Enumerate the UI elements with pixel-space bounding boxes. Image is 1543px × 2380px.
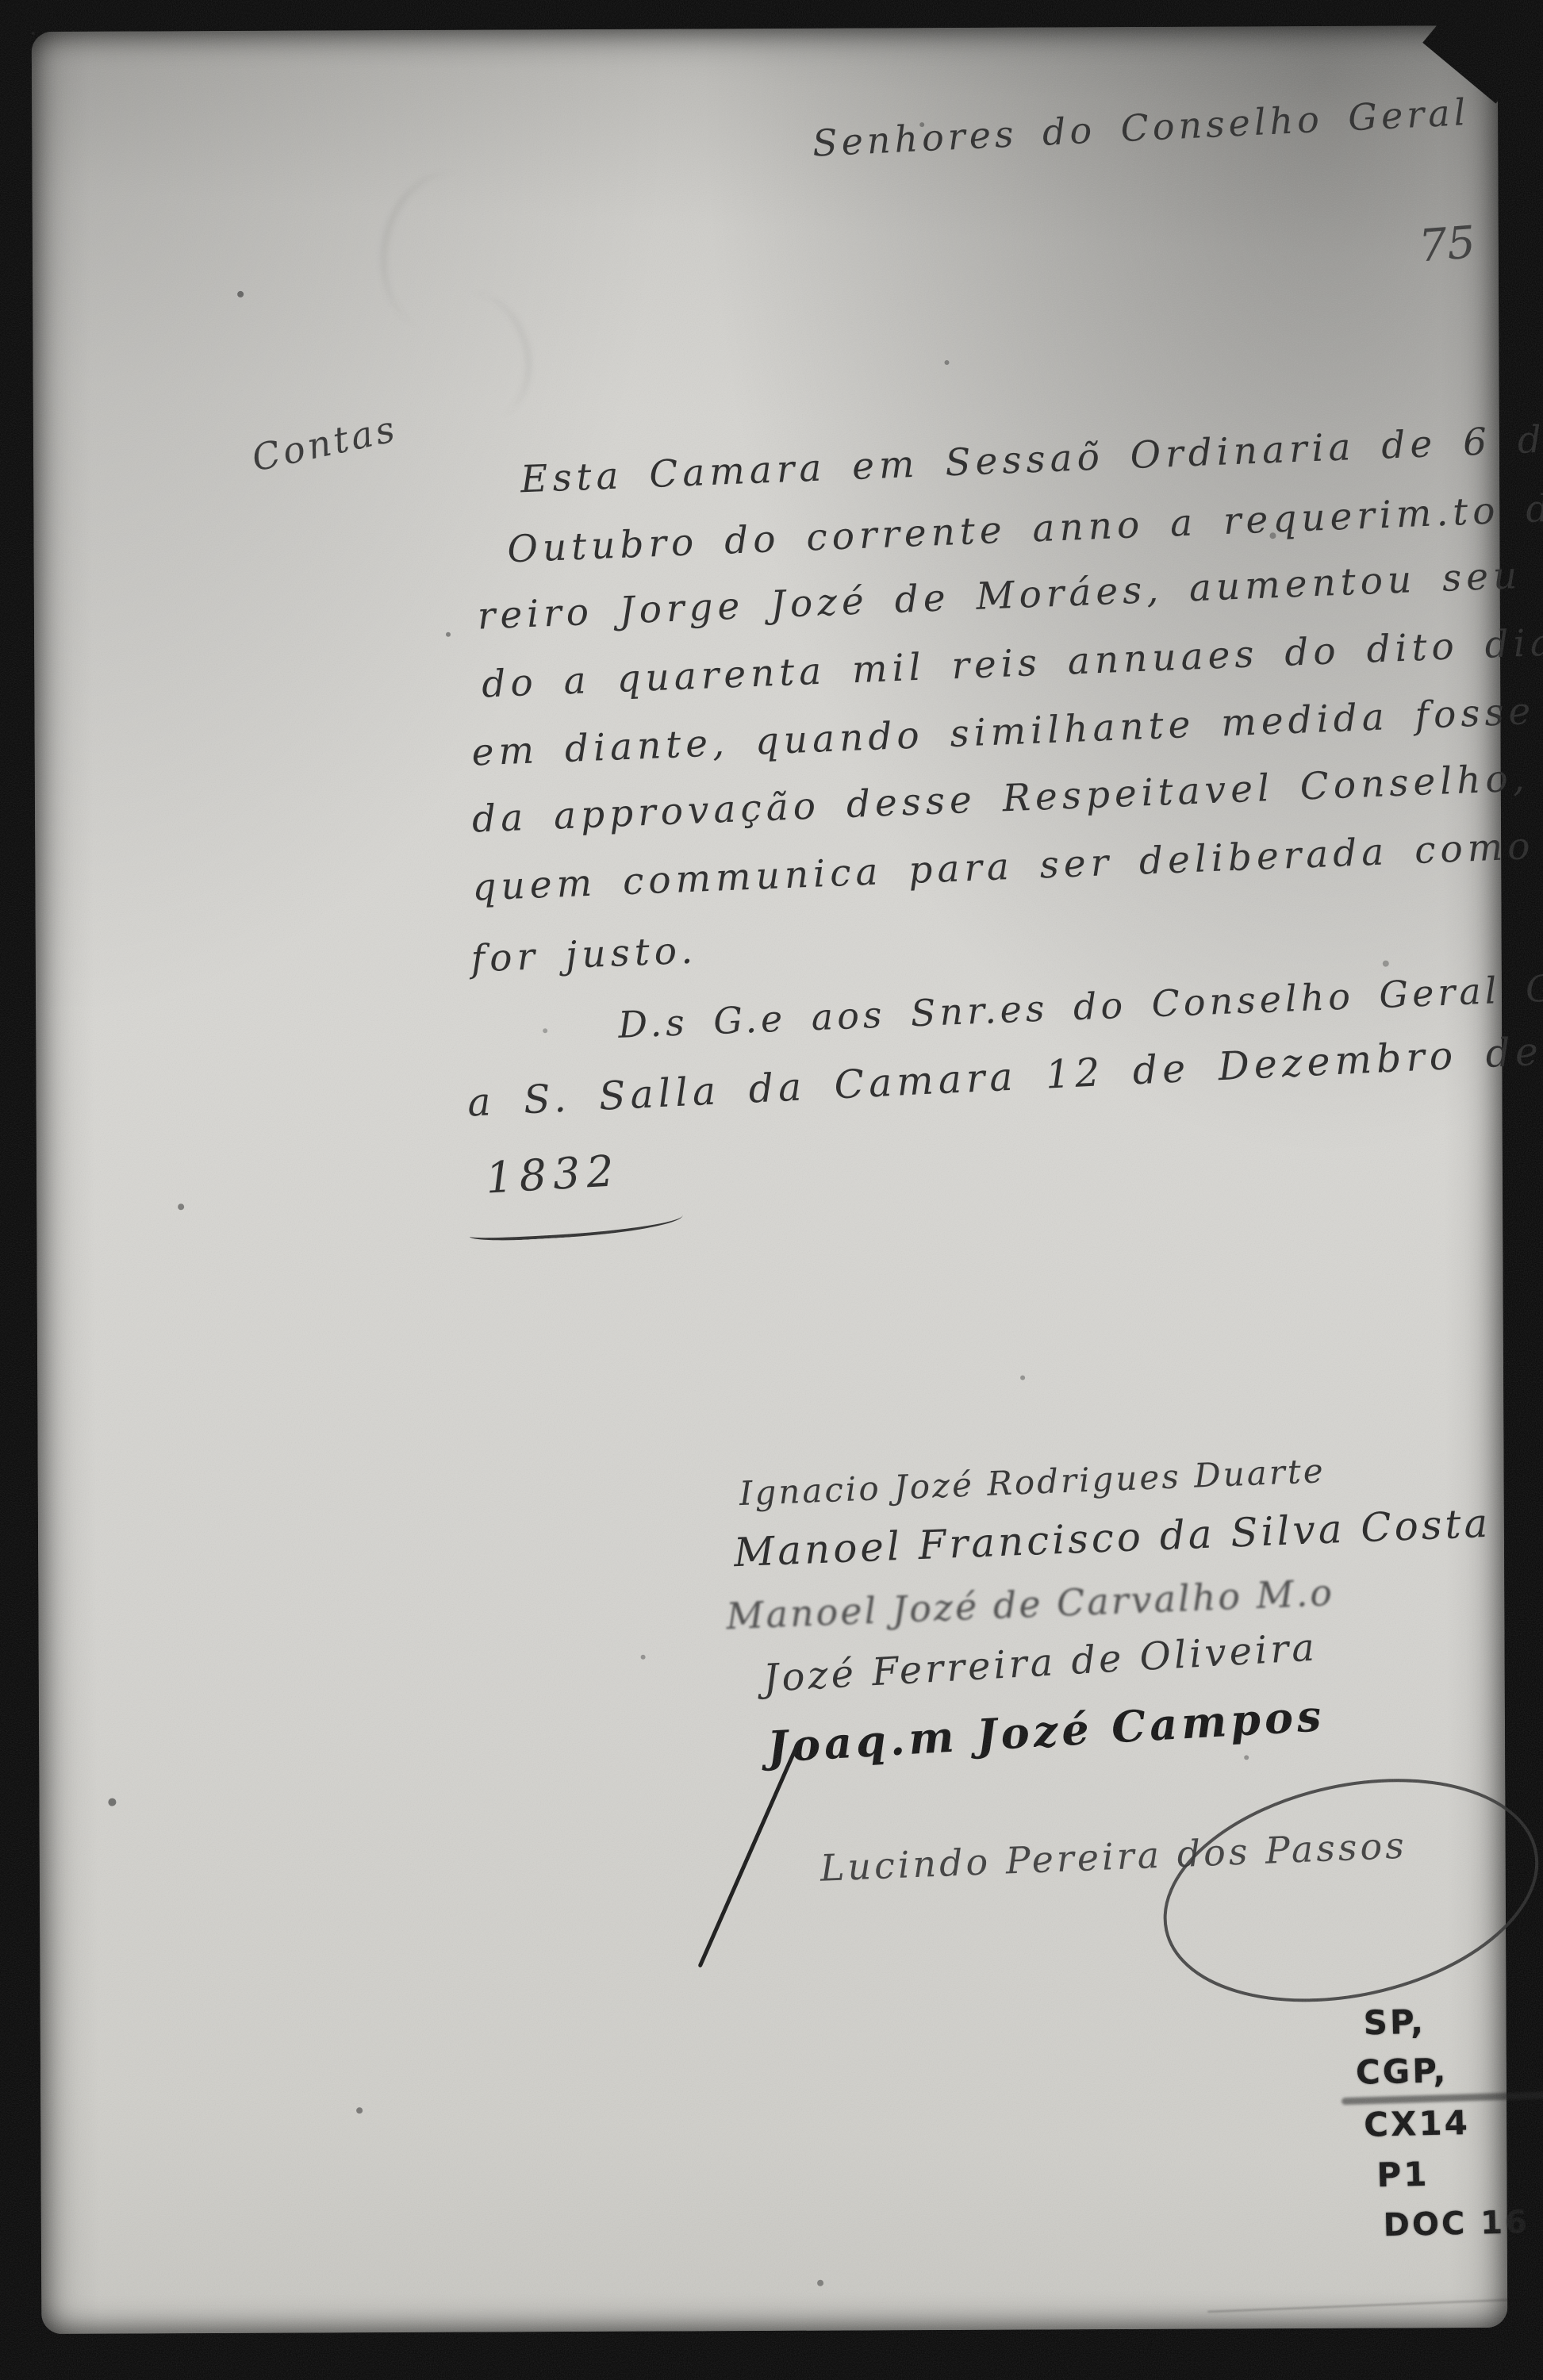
ink-bleedthrough-mark — [419, 284, 539, 427]
margin-note: Contas — [248, 407, 401, 480]
microfilm-scan: Senhores do Conselho Geral 75 Contas Est… — [0, 0, 1543, 2380]
year-1832: 1832 — [485, 1146, 622, 1203]
archive-stamp-line: CX14 — [1364, 2103, 1471, 2144]
signature: Manoel Francisco da Silva Costa — [733, 1500, 1491, 1576]
archive-stamp-line: P1 — [1376, 2155, 1430, 2194]
valediction-line: D.s G.e aos Snr.es do Conselho Geral G.e… — [617, 961, 1543, 1046]
signature: Joaq.m Jozé Campos — [766, 1690, 1326, 1772]
archive-stamp-line: CGP, — [1355, 2051, 1448, 2092]
folio-number: 75 — [1417, 217, 1477, 272]
paper-crease — [1207, 2297, 1541, 2312]
archive-stamp-line: DOC 16 — [1383, 2204, 1530, 2244]
archive-stamp-line: SP, — [1363, 2002, 1426, 2043]
body-line: quem communica para ser deliberada como — [471, 824, 1535, 910]
signature-smudged: Manoel Jozé de Carvalho M.o — [725, 1571, 1335, 1637]
body-line: Esta Camara em Sessaõ Ordinaria de 6 de — [520, 416, 1543, 501]
signature-oval-flourish — [1146, 1769, 1543, 2017]
signature: Ignacio Jozé Rodrigues Duarte — [739, 1451, 1326, 1513]
stamp-underline — [1341, 2091, 1543, 2105]
signature: Jozé Ferreira de Oliveira — [762, 1625, 1319, 1701]
paper-speckles — [32, 32, 35, 35]
document-page: Senhores do Conselho Geral 75 Contas Est… — [32, 25, 1508, 2334]
body-line: for justo. — [470, 928, 698, 981]
paper-corner-cut — [1422, 0, 1543, 104]
salutation-line: Senhores do Conselho Geral — [812, 90, 1471, 165]
signature-pen-stroke — [697, 1741, 800, 1968]
flourish-underline — [469, 1207, 684, 1242]
